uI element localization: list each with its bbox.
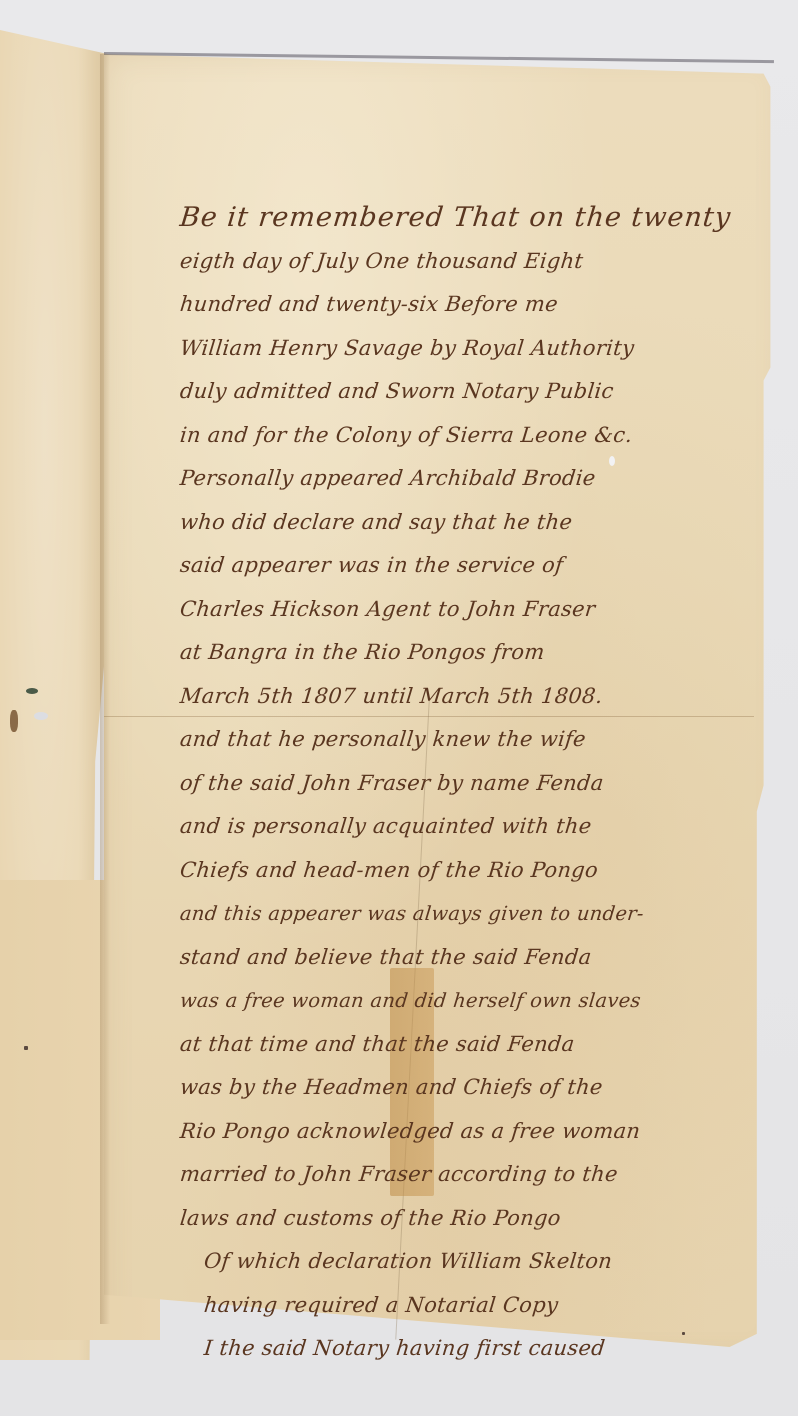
handwritten-text: Be it remembered That on the twenty eigt… (180, 196, 770, 1371)
manuscript-line: Rio Pongo acknowledged as a free woman (178, 1110, 773, 1154)
manuscript-line: stand and believe that the said Fenda (178, 936, 773, 980)
manuscript-line: married to John Fraser according to the (178, 1153, 773, 1197)
document-scan: Be it remembered That on the twenty eigt… (0, 0, 798, 1416)
manuscript-line: Chiefs and head-men of the Rio Pongo (178, 849, 773, 893)
torn-hole-icon (10, 710, 18, 732)
manuscript-line: eigth day of July One thousand Eight (178, 240, 773, 284)
manuscript-line: and this appearer was always given to un… (178, 892, 773, 936)
manuscript-line: was by the Headmen and Chiefs of the (178, 1066, 773, 1110)
manuscript-line: who did declare and say that he the (178, 501, 773, 545)
manuscript-line: and is personally acquainted with the (178, 805, 773, 849)
manuscript-line: March 5th 1807 until March 5th 1808. (178, 675, 773, 719)
manuscript-line: I the said Notary having first caused (178, 1327, 773, 1371)
binding-hole-icon (26, 688, 38, 694)
manuscript-line: laws and customs of the Rio Pongo (178, 1197, 773, 1241)
manuscript-line: Charles Hickson Agent to John Fraser (178, 588, 773, 632)
manuscript-line: Personally appeared Archibald Brodie (178, 457, 773, 501)
manuscript-line: hundred and twenty-six Before me (178, 283, 773, 327)
manuscript-line: having required a Notarial Copy (178, 1284, 773, 1328)
paper-hole-icon (34, 712, 48, 720)
manuscript-line: was a free woman and did herself own sla… (178, 979, 773, 1023)
manuscript-line: of the said John Fraser by name Fenda (178, 762, 773, 806)
manuscript-line: William Henry Savage by Royal Authority (178, 327, 773, 371)
manuscript-line: duly admitted and Sworn Notary Public (178, 370, 773, 414)
manuscript-line: said appearer was in the service of (178, 544, 773, 588)
gutter-shadow (100, 54, 110, 1324)
manuscript-line: Be it remembered That on the twenty (178, 196, 773, 240)
manuscript-line: at that time and that the said Fenda (178, 1023, 773, 1067)
manuscript-line: at Bangra in the Rio Pongos from (178, 631, 773, 675)
manuscript-line: and that he personally knew the wife (178, 718, 773, 762)
ink-speck-icon (24, 1046, 28, 1050)
manuscript-line: in and for the Colony of Sierra Leone &c… (178, 414, 773, 458)
manuscript-line: Of which declaration William Skelton (178, 1240, 773, 1284)
